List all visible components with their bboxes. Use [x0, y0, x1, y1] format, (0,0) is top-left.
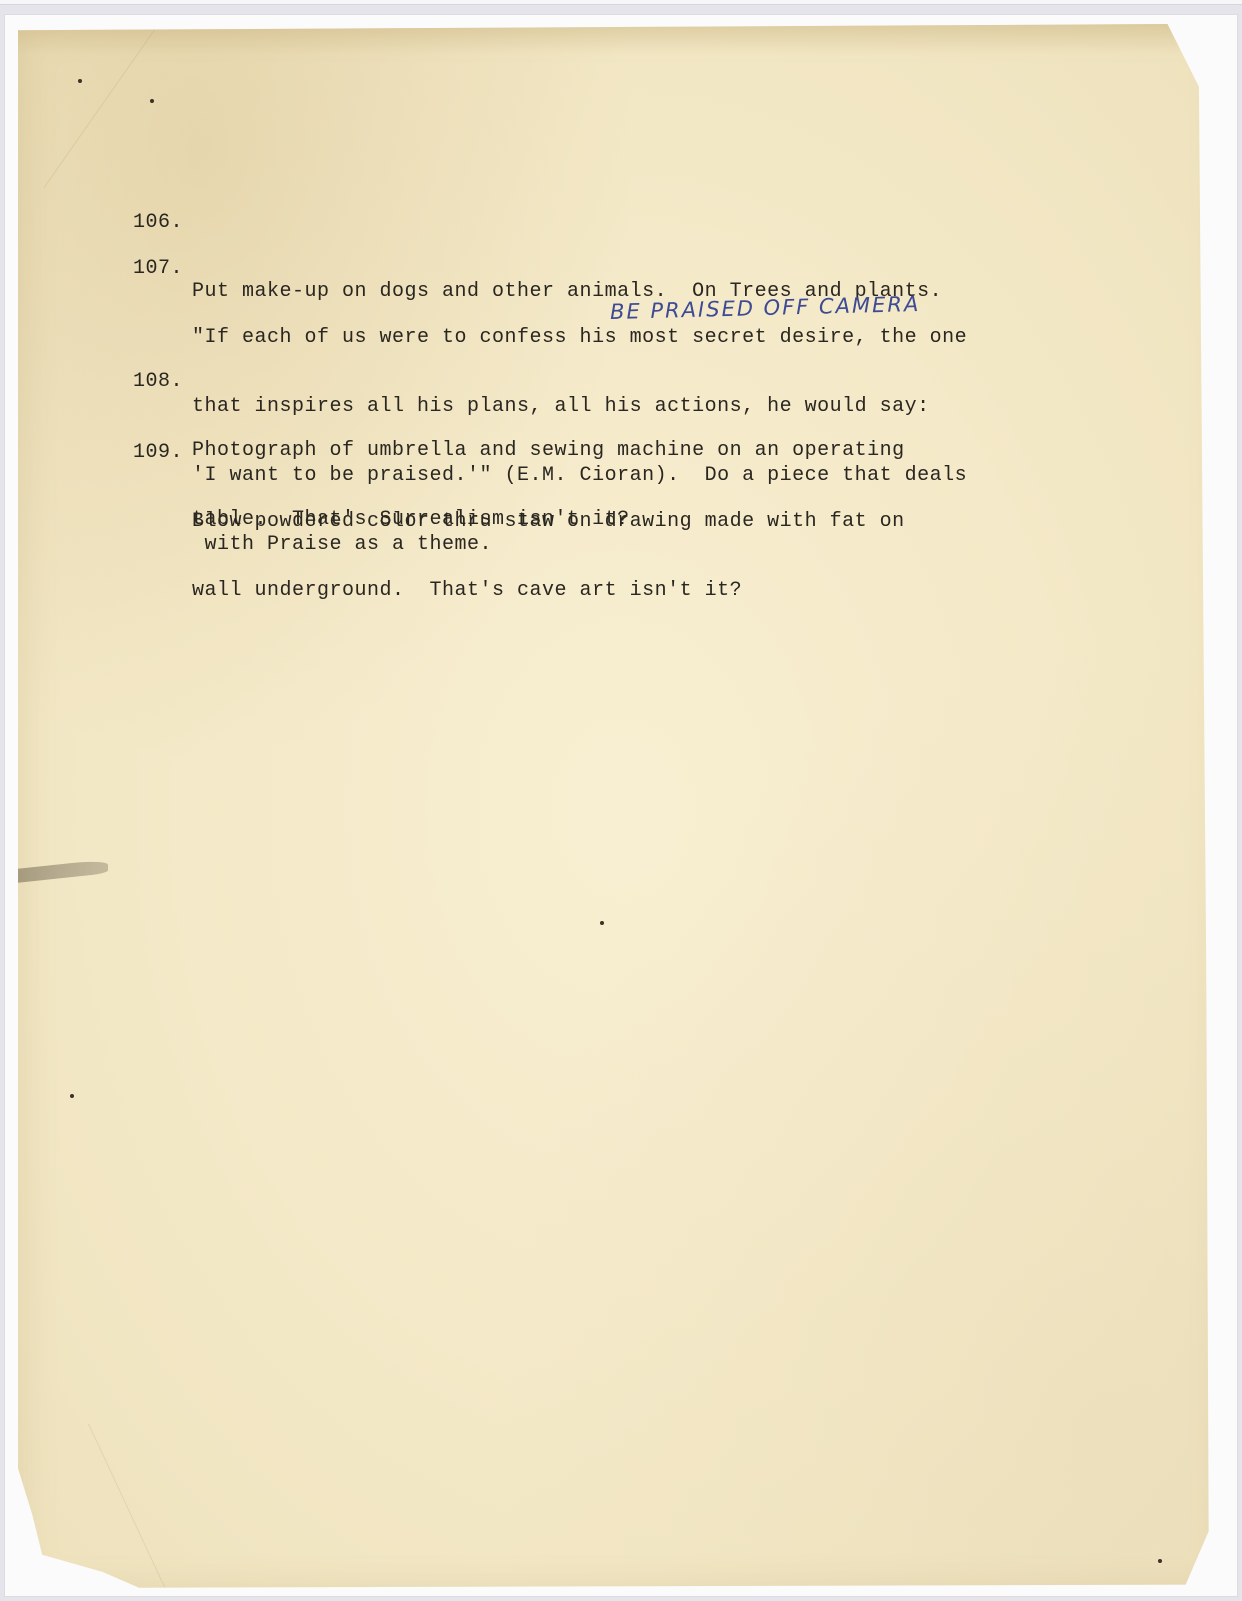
entry-number: 106.: [133, 211, 203, 234]
paper-crease: [88, 1424, 165, 1588]
paper-speck: [150, 99, 154, 103]
viewer-top-strip: [0, 0, 1242, 5]
paper-speck: [70, 1094, 74, 1098]
entry-text: Blow powdered color thru staw on drawing…: [192, 464, 905, 648]
entry-number: 109.: [133, 441, 203, 464]
entry-line: wall underground. That's cave art isn't …: [192, 579, 905, 602]
entry-number: 107.: [133, 257, 203, 280]
entry-number: 108.: [133, 370, 203, 393]
paper-speck: [600, 921, 604, 925]
entry-line: "If each of us were to confess his most …: [192, 326, 967, 349]
entry-109: 109. Blow powdered color thru staw on dr…: [108, 418, 133, 487]
entry-108: 108. Photograph of umbrella and sewing m…: [108, 347, 133, 416]
entry-line: Photograph of umbrella and sewing machin…: [192, 439, 905, 462]
entry-107: 107. "If each of us were to confess his …: [108, 234, 133, 303]
entry-line: Blow powdered color thru staw on drawing…: [192, 510, 905, 533]
paper-speck: [1158, 1559, 1162, 1563]
ink-smudge: [18, 859, 108, 882]
paper-speck: [78, 79, 82, 83]
